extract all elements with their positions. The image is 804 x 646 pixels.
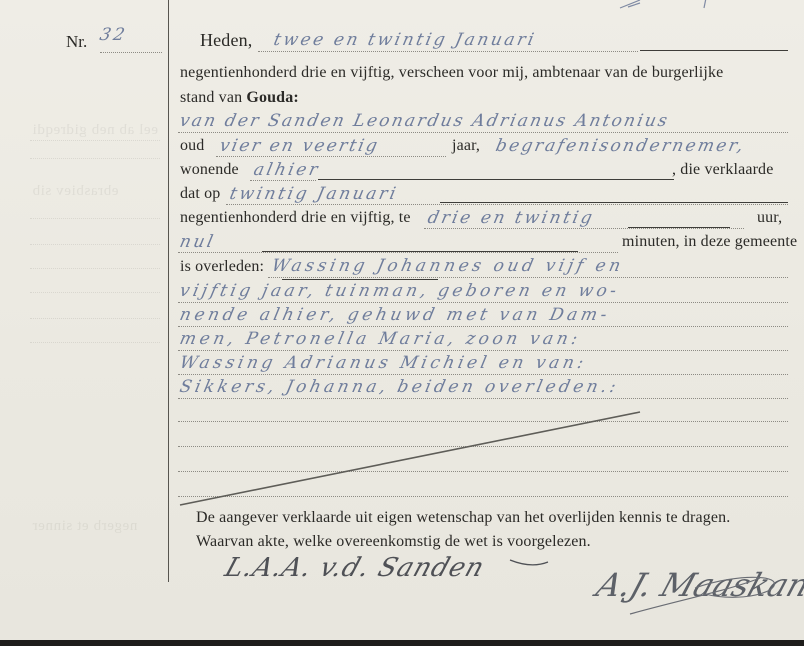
printed-minuten: minuten, in deze gemeente [622,233,797,251]
dotted-line [258,51,638,52]
bleed-through-line [30,244,160,246]
record-number-value: 32 [98,25,162,45]
dotted-line [178,132,788,133]
dotted-line [178,398,788,399]
fill-line [640,50,788,51]
dotted-line [250,180,316,181]
printed-dat-op: dat op [180,185,220,203]
fill-line [318,179,674,180]
dotted-line [178,302,788,303]
fill-line [628,227,730,228]
handwritten-residence: alhier [252,160,322,180]
handwritten-deceased-line-1: Wassing Johannes oud vijf en [270,256,626,276]
dotted-line [178,326,788,327]
printed-stand-van-text: stand van [180,89,246,106]
printed-heden: Heden, [200,30,252,51]
handwritten-date-day: twee en twintig Januari [272,30,538,50]
dotted-line [178,350,788,351]
fill-line [262,251,578,252]
bleed-through-text: negerb et sinner [32,518,137,535]
handwritten-informant-occupation: begrafenisondernemer, [494,136,747,156]
bleed-through-line [30,268,160,270]
bleed-through-text: eel ab neb gidreqdi [32,122,158,139]
handwritten-hour: drie en twintig [426,208,597,228]
printed-jaar: jaar, [452,137,480,155]
handwritten-informant-name: van der Sanden Leonardus Adrianus Antoni… [178,111,671,131]
dotted-line [178,374,788,375]
dotted-line [424,228,744,229]
document-page: eel ab neb gidreqdi ebrasbiev sib negerb… [0,0,804,640]
margin-rule [168,0,169,582]
handwritten-death-day: twintig Januari [228,184,400,204]
empty-dotted-line [178,471,788,472]
handwritten-deceased-line-2: vijftig jaar, tuinman, geboren en wo- [178,281,622,301]
bleed-through-line [30,218,160,220]
stray-pen-mark [704,0,706,8]
printed-wonende: wonende [180,161,239,179]
municipality-name: Gouda: [246,89,298,106]
bleed-through-text: ebrasbiev sib [32,183,119,200]
printed-closing-2: Waarvan akte, welke overeenkomstig de we… [196,533,591,551]
printed-is-overleden: is overleden: [180,258,264,276]
handwritten-deceased-line-4: men, Petronella Maria, zoon van: [178,329,583,349]
dotted-line [268,277,788,278]
dotted-line [178,252,618,253]
signature-registrar: A.J. Maaskant [592,566,804,604]
bleed-through-line [30,318,160,320]
scan-edge [0,640,804,646]
handwritten-deceased-line-3: nende alhier, gehuwd met van Dam- [178,305,612,325]
empty-dotted-line [178,421,788,422]
strike-through-line [180,412,640,505]
handwritten-informant-age: vier en veertig [218,136,381,156]
dotted-line [226,204,788,205]
record-number-label: Nr. [66,32,87,52]
stray-pen-mark [628,3,640,7]
printed-line-verscheen: negentienhonderd drie en vijftig, versch… [180,64,723,82]
bleed-through-line [30,140,160,142]
fill-line [282,279,438,280]
empty-dotted-line [178,496,788,497]
bleed-through-line [30,158,160,160]
printed-oud: oud [180,137,204,155]
signature-informant: L.A.A. v.d. Sanden [221,553,489,583]
fill-line [440,202,788,203]
record-number-dotted-line [100,52,162,53]
bleed-through-line [30,342,160,344]
dotted-line [216,156,446,157]
bleed-through-line [30,292,160,294]
empty-dotted-line [178,446,788,447]
handwritten-deceased-line-6: Sikkers, Johanna, beiden overleden.: [178,377,621,397]
printed-closing-1: De aangever verklaarde uit eigen wetensc… [196,509,730,527]
printed-stand-van: stand van Gouda: [180,89,299,107]
printed-line-te: negentienhonderd drie en vijftig, te [180,209,411,227]
informant-signature-tail [510,560,548,565]
handwritten-deceased-line-5: Wassing Adrianus Michiel en van: [178,353,589,373]
printed-uur: uur, [757,209,782,227]
printed-die-verklaarde: , die verklaarde [672,161,773,179]
handwritten-minutes: nul [178,232,217,252]
stray-pen-mark [620,0,640,8]
